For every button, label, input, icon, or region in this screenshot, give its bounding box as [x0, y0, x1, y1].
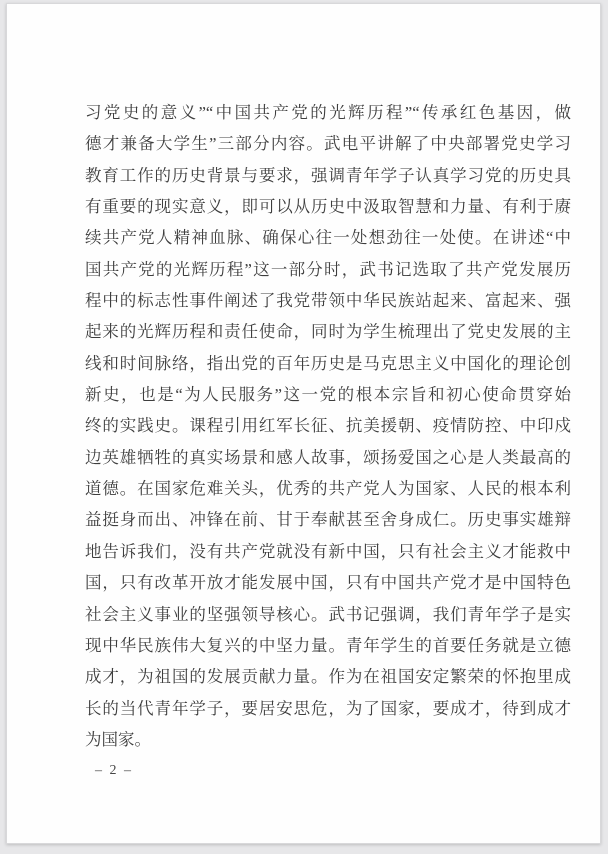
text-line: 习党史的意义”“中国共产党的光辉历程”“传承红色基因，做: [85, 97, 571, 128]
text-line: 有重要的现实意义，即可以从历史中汲取智慧和力量、有利于赓: [85, 191, 571, 222]
text-line: 地告诉我们，没有共产党就没有新中国，只有社会主义才能救中: [85, 536, 571, 567]
text-line: 终的实践史。课程引用红军长征、抗美援朝、疫情防控、中印戍: [85, 410, 571, 441]
text-line: 新史，也是“为人民服务”这一党的根本宗旨和初心使命贯穿始: [85, 379, 571, 410]
text-line: 国共产党的光辉历程”这一部分时，武书记选取了共产党发展历: [85, 254, 571, 285]
text-line: 线和时间脉络，指出党的百年历史是马克思主义中国化的理论创: [85, 348, 571, 379]
text-line: 为国家。: [85, 724, 571, 755]
text-line: 长的当代青年学子，要居安思危，为了国家，要成才，待到成才: [85, 693, 571, 724]
document-viewer: 习党史的意义”“中国共产党的光辉历程”“传承红色基因，做德才兼备大学生”三部分内…: [0, 0, 608, 854]
text-line: 益挺身而出、冲锋在前、甘于奉献甚至舍身成仁。历史事实雄辩: [85, 504, 571, 535]
text-line: 续共产党人精神血脉、确保心往一处想劲往一处使。在讲述“中: [85, 222, 571, 253]
document-page: 习党史的意义”“中国共产党的光辉历程”“传承红色基因，做德才兼备大学生”三部分内…: [6, 3, 601, 844]
text-line: 国，只有改革开放才能发展中国，只有中国共产党才是中国特色: [85, 567, 571, 598]
text-line: 社会主义事业的坚强领导核心。武书记强调，我们青年学子是实: [85, 599, 571, 630]
text-line: 教育工作的历史背景与要求，强调青年学子认真学习党的历史具: [85, 160, 571, 191]
text-line: 边英雄牺牲的真实场景和感人故事，颂扬爱国之心是人类最高的: [85, 442, 571, 473]
page-number: – 2 –: [95, 763, 600, 779]
text-line: 程中的标志性事件阐述了我党带领中华民族站起来、富起来、强: [85, 285, 571, 316]
text-line: 现中华民族伟大复兴的中坚力量。青年学生的首要任务就是立德: [85, 630, 571, 661]
text-line: 成才，为祖国的发展贡献力量。作为在祖国安定繁荣的怀抱里成: [85, 661, 571, 692]
text-line: 起来的光辉历程和责任使命，同时为学生梳理出了党史发展的主: [85, 316, 571, 347]
text-line: 德才兼备大学生”三部分内容。武电平讲解了中央部署党史学习: [85, 128, 571, 159]
body-text: 习党史的意义”“中国共产党的光辉历程”“传承红色基因，做德才兼备大学生”三部分内…: [7, 4, 600, 755]
text-line: 道德。在国家危难关头，优秀的共产党人为国家、人民的根本利: [85, 473, 571, 504]
